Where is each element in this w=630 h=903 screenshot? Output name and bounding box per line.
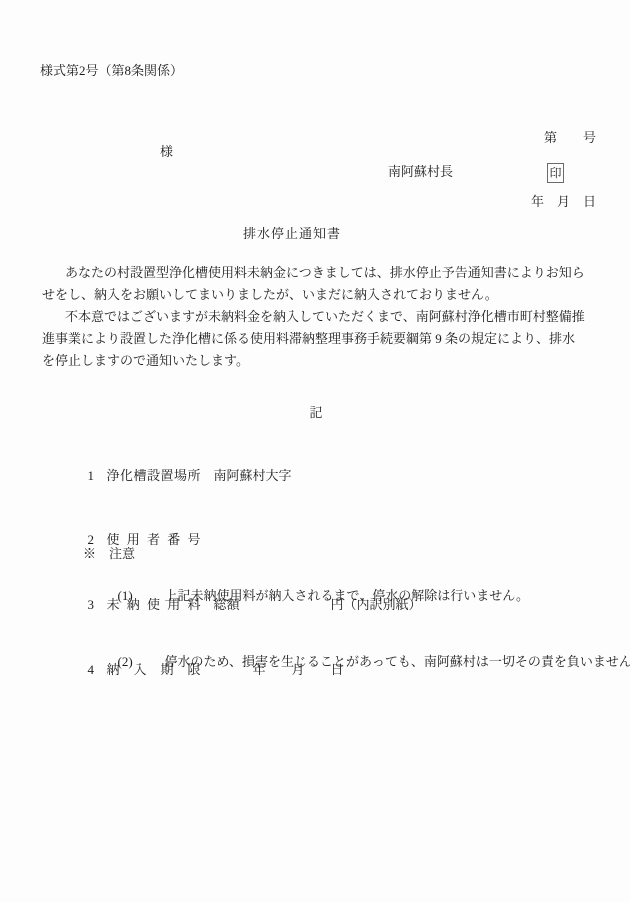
note-number: (1)	[118, 585, 165, 607]
notice-document-page: 様式第2号（第8条関係） 第 号 年 月 日 様 南阿蘇村長 印 排水停止通知書…	[0, 0, 630, 903]
doc-title: 排水停止通知書	[0, 223, 584, 245]
note-items: (1)上記未納使用料が納入されるまで、停水の解除は行いません。 (2)停水のため…	[98, 563, 630, 695]
item-value: 南阿蘇村大字	[201, 468, 292, 483]
notes-heading: ※ 注意	[83, 543, 135, 565]
note-text: 上記未納使用料が納入されるまで、停水の解除は行いません。	[165, 588, 530, 603]
body-text: あなたの村設置型浄化槽使用料未納金につきましては、排水停止予告通知書によりお知ら…	[42, 262, 590, 372]
body-paragraph-1: あなたの村設置型浄化槽使用料未納金につきましては、排水停止予告通知書によりお知ら…	[42, 262, 590, 306]
item-number: 1	[88, 465, 101, 487]
addressee-honorific: 様	[160, 141, 173, 163]
body-paragraph-2: 不本意ではございますが未納料金を納入していただくまで、南阿蘇村浄化槽市町村整備推…	[42, 306, 590, 372]
form-number: 様式第2号（第8条関係）	[40, 60, 183, 82]
record-item: 1浄化槽設置場所 南阿蘇村大字	[68, 443, 422, 508]
note-text: 停水のため、損害を生じることがあっても、南阿蘇村は一切その責を負いません。	[165, 654, 630, 669]
note-item: (1)上記未納使用料が納入されるまで、停水の解除は行いません。	[98, 563, 630, 629]
note-item: (2)停水のため、損害を生じることがあっても、南阿蘇村は一切その責を負いません。	[98, 629, 630, 695]
record-heading: 記	[42, 402, 590, 424]
doc-number: 第 号	[531, 128, 596, 148]
doc-date: 年 月 日	[531, 192, 596, 212]
note-number: (2)	[118, 651, 165, 673]
item-label: 浄化槽設置場所	[107, 465, 201, 487]
sender-title: 南阿蘇村長	[388, 161, 453, 183]
seal-stamp: 印	[547, 163, 564, 183]
